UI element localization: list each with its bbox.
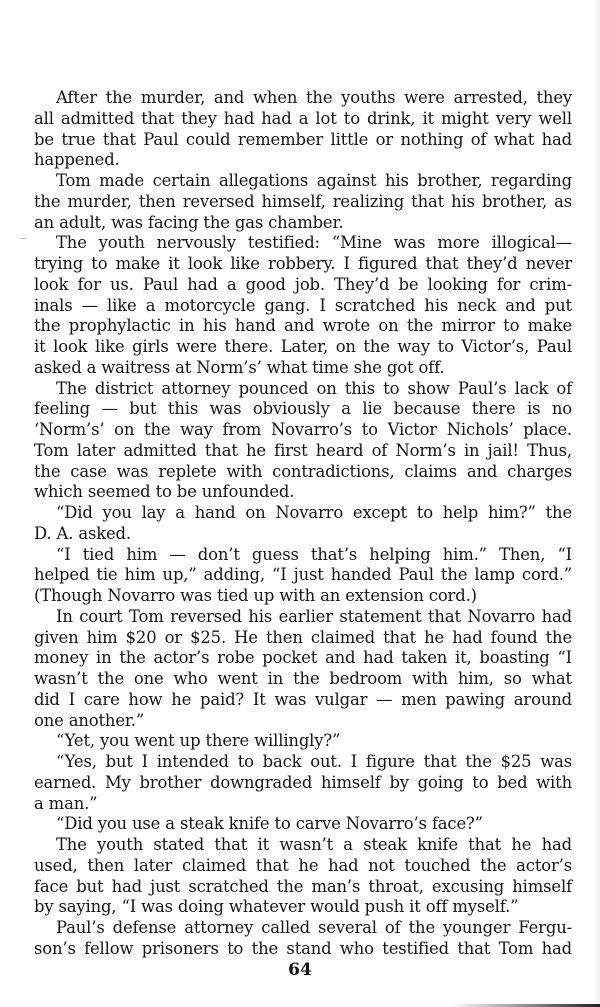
scan-speck [20,238,26,239]
text-line: inals — like a motorcycle gang. I scratc… [34,296,572,317]
text-line: wasn’t the one who went in the bedroom w… [34,669,572,690]
text-line: all admitted that they had had a lot to … [34,109,572,130]
text-line: The youth nervously testified: “Mine was… [34,233,572,254]
text-line: by saying, “I was doing whatever would p… [34,897,572,918]
text-line: In court Tom reversed his earlier statem… [34,607,572,628]
text-line: “I tied him — don’t guess that’s helping… [34,545,572,566]
page-number: 64 [0,960,600,980]
page-edge-shadow [592,0,600,1007]
text-line: The district attorney pounced on this to… [34,379,572,400]
book-page: After the murder, and when the youths we… [0,0,600,1007]
text-line: a man.” [34,794,572,815]
text-line: an adult, was facing the gas chamber. [34,213,572,234]
text-line: used, then later claimed that he had not… [34,856,572,877]
text-line: face but had just scratched the man’s th… [34,877,572,898]
text-line: did I care how he paid? It was vulgar — … [34,690,572,711]
text-line: given him $20 or $25. He then claimed th… [34,628,572,649]
text-line: asked a waitress at Norm’s’ what time sh… [34,358,572,379]
text-line: “Did you lay a hand on Novarro except to… [34,503,572,524]
text-line: “Yet, you went up there willingly?” [34,731,572,752]
text-line: son’s fellow prisoners to the stand who … [34,939,572,960]
text-line: Tom made certain allegations against his… [34,171,572,192]
text-line: the murder, then reversed himself, reali… [34,192,572,213]
text-line: the case was replete with contradictions… [34,462,572,483]
text-line: money in the actor’s robe pocket and had… [34,648,572,669]
text-line: D. A. asked. [34,524,572,545]
text-line: feeling — but this was obviously a lie b… [34,399,572,420]
text-line: look for us. Paul had a good job. They’d… [34,275,572,296]
text-line: it look like girls were there. Later, on… [34,337,572,358]
text-line: “Yes, but I intended to back out. I figu… [34,752,572,773]
text-line: earned. My brother downgraded himself by… [34,773,572,794]
text-line: After the murder, and when the youths we… [34,88,572,109]
text-line: ‘Norm’s’ on the way from Novarro’s to Vi… [34,420,572,441]
text-line: “Did you use a steak knife to carve Nova… [34,814,572,835]
text-line: one another.” [34,711,572,732]
text-line: happened. [34,150,572,171]
text-line: Paul’s defense attorney called several o… [34,918,572,939]
text-line: (Though Novarro was tied up with an exte… [34,586,572,607]
text-line: the prophylactic in his hand and wrote o… [34,316,572,337]
text-line: The youth stated that it wasn’t a steak … [34,835,572,856]
text-line: trying to make it look like robbery. I f… [34,254,572,275]
text-line: Tom later admitted that he first heard o… [34,441,572,462]
text-line: which seemed to be unfounded. [34,482,572,503]
body-text: After the murder, and when the youths we… [34,88,572,960]
text-line: be true that Paul could remember little … [34,130,572,151]
text-line: helped tie him up,” adding, “I just hand… [34,565,572,586]
